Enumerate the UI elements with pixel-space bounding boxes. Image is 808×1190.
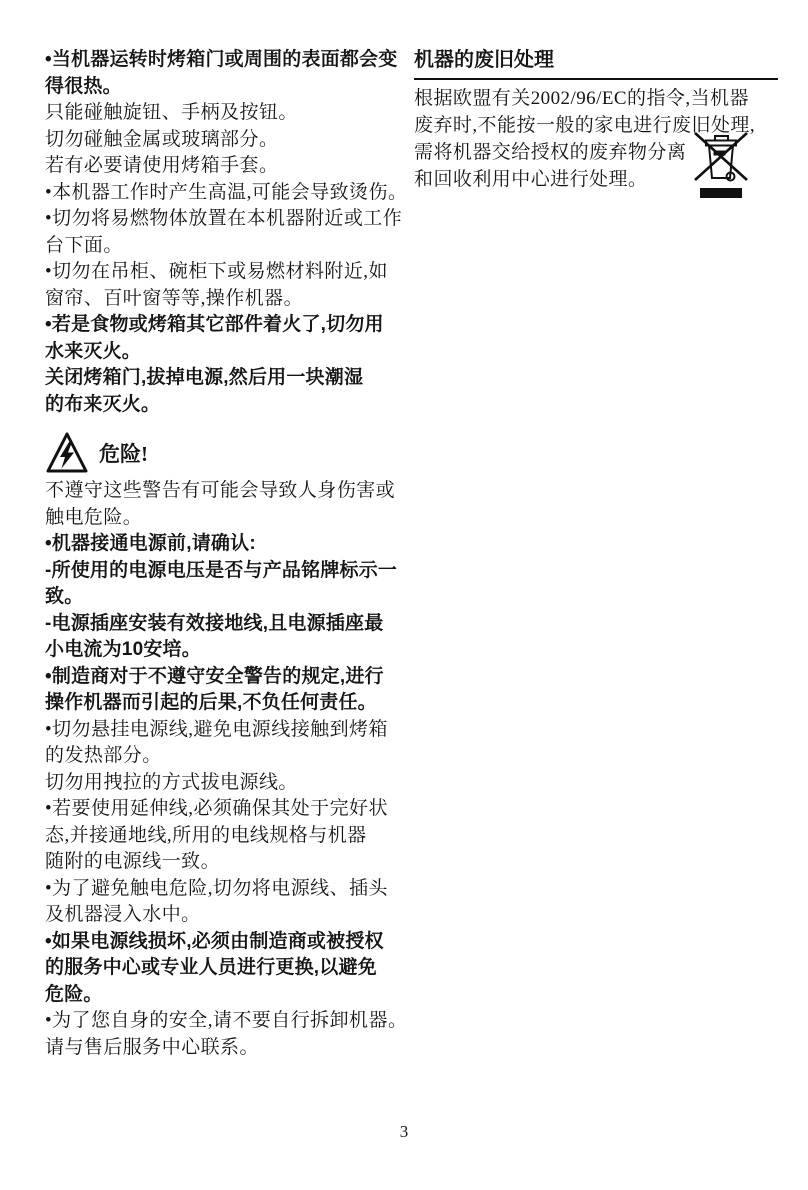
text-line: •切勿悬挂电源线,避免电源线接触到烤箱	[45, 717, 409, 744]
text-line: 危险。	[45, 982, 409, 1009]
text-line: 若有必要请使用烤箱手套。	[45, 153, 409, 180]
text-line: •切勿将易燃物体放置在本机器附近或工作	[45, 206, 409, 233]
text-line: 根据欧盟有关2002/96/EC的指令,当机器	[414, 85, 778, 112]
text-line: •若是食物或烤箱其它部件着火了,切勿用	[45, 312, 409, 339]
crossed-out-wheelie-bin-icon	[692, 129, 750, 201]
text-line: 台下面。	[45, 233, 409, 260]
text-line: 操作机器而引起的后果,不负任何责任。	[45, 690, 409, 717]
text-line: 请与售后服务中心联系。	[45, 1035, 409, 1062]
text-line: •本机器工作时产生高温,可能会导致烫伤。	[45, 180, 409, 207]
warning-triangle-lightning-icon	[45, 430, 89, 476]
text-line: •如果电源线损坏,必须由制造商或被授权	[45, 929, 409, 956]
text-line: 的发热部分。	[45, 743, 409, 770]
text-line: •制造商对于不遵守安全警告的规定,进行	[45, 664, 409, 691]
right-column: 机器的废旧处理 根据欧盟有关2002/96/EC的指令,当机器废弃时,不能按一般…	[414, 47, 778, 193]
text-line: •为了避免触电危险,切勿将电源线、插头	[45, 876, 409, 903]
danger-label: 危险!	[99, 438, 148, 468]
text-line: 窗帘、百叶窗等等,操作机器。	[45, 286, 409, 313]
text-line: -所使用的电源电压是否与产品铭牌标示一	[45, 558, 409, 585]
text-line: •当机器运转时烤箱门或周围的表面都会变	[45, 47, 409, 74]
text-line: 的布来灭火。	[45, 392, 409, 419]
text-line: 的服务中心或专业人员进行更换,以避免	[45, 955, 409, 982]
text-line: 不遵守这些警告有可能会导致人身伤害或	[45, 478, 409, 505]
text-line: •机器接通电源前,请确认:	[45, 531, 409, 558]
text-line: 关闭烤箱门,拔掉电源,然后用一块潮湿	[45, 365, 409, 392]
danger-instructions-block: 不遵守这些警告有可能会导致人身伤害或触电危险。•机器接通电源前,请确认:-所使用…	[45, 478, 409, 1061]
text-line: 切勿用拽拉的方式拔电源线。	[45, 770, 409, 797]
left-column: •当机器运转时烤箱门或周围的表面都会变得很热。只能碰触旋钮、手柄及按钮。切勿碰触…	[45, 47, 409, 1061]
page-number: 3	[0, 1122, 808, 1142]
text-line: 切勿碰触金属或玻璃部分。	[45, 127, 409, 154]
text-line: •若要使用延伸线,必须确保其处于完好状	[45, 796, 409, 823]
text-line: 及机器浸入水中。	[45, 902, 409, 929]
danger-heading-row: 危险!	[45, 430, 409, 476]
text-line: 水来灭火。	[45, 339, 409, 366]
text-line: 得很热。	[45, 74, 409, 101]
text-line: 小电流为10安培。	[45, 637, 409, 664]
text-line: -电源插座安装有效接地线,且电源插座最	[45, 611, 409, 638]
text-line: 态,并接通地线,所用的电线规格与机器	[45, 823, 409, 850]
text-line: •切勿在吊柜、碗柜下或易燃材料附近,如	[45, 259, 409, 286]
text-line: 触电危险。	[45, 505, 409, 532]
text-line: •为了您自身的安全,请不要自行拆卸机器。	[45, 1008, 409, 1035]
manual-page: •当机器运转时烤箱门或周围的表面都会变得很热。只能碰触旋钮、手柄及按钮。切勿碰触…	[0, 0, 808, 1190]
safety-instructions-block: •当机器运转时烤箱门或周围的表面都会变得很热。只能碰触旋钮、手柄及按钮。切勿碰触…	[45, 47, 409, 418]
disposal-section-heading: 机器的废旧处理	[414, 47, 778, 80]
text-line: 随附的电源线一致。	[45, 849, 409, 876]
text-line: 致。	[45, 584, 409, 611]
text-line: 只能碰触旋钮、手柄及按钮。	[45, 100, 409, 127]
